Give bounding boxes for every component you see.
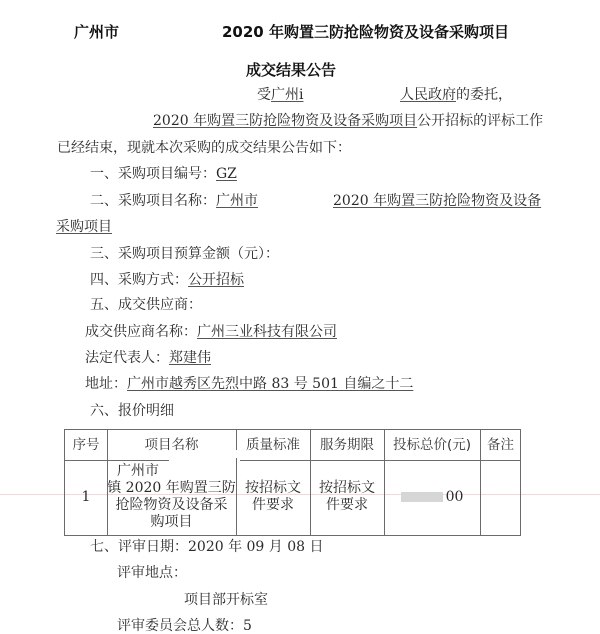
procurement-method-value: 公开招标 — [188, 272, 244, 288]
row-name-line: 购项目 — [107, 514, 236, 531]
row-name-line: 镇 2020 年购置三防 — [107, 480, 236, 497]
row-quality: 按招标文 件要求 — [236, 480, 310, 514]
section-project-number: 一、采购项目编号：GZ — [90, 167, 237, 181]
project-name-end: 采购项目 — [56, 220, 112, 234]
project-number-label: 一、采购项目编号： — [90, 166, 216, 182]
intro-line-1: 受广州i — [257, 88, 303, 102]
row-service: 按招标文 件要求 — [310, 480, 384, 514]
address-label: 地址： — [85, 376, 127, 392]
supplier-name-label: 成交供应商名称： — [85, 324, 197, 340]
row-project-name: 广州市 镇 2020 年购置三防 抢险物资及设备采 购项目 — [107, 463, 236, 531]
row-name-line: 抢险物资及设备采 — [107, 497, 236, 514]
section-procurement-method: 四、采购方式：公开招标 — [90, 273, 244, 287]
intro-entity-end: 人民政府 — [400, 87, 456, 103]
project-name-label: 二、采购项目名称： — [90, 193, 216, 209]
row-quality-line: 按招标文 — [236, 480, 310, 497]
header-divider — [65, 460, 107, 461]
section-budget: 三、采购项目预算金额（元）： — [90, 247, 279, 261]
quote-table: 序号 项目名称 质量标准 服务期限 投标总价(元) 备注 1 广州市 镇 202… — [64, 429, 521, 536]
intro-prefix: 受 — [257, 87, 271, 103]
section-quote-details: 六、报价明细 — [90, 404, 174, 418]
row-no: 1 — [65, 489, 107, 506]
project-name-start: 广州市 — [216, 193, 258, 209]
header-divider — [107, 460, 169, 461]
intro-project-name: 2020 年购置三防抢险物资及设备采购项目 — [153, 113, 417, 129]
legal-rep-label: 法定代表人： — [85, 350, 169, 366]
legal-rep-name: 郑建伟 — [169, 350, 211, 366]
row-name-line: 广州市 — [107, 463, 236, 480]
col-header-name: 项目名称 — [107, 437, 236, 454]
intro-suffix: 的委托， — [456, 87, 512, 103]
review-location-value: 项目部开标室 — [184, 593, 268, 607]
committee-count: 评审委员会总人数：5 — [117, 619, 252, 633]
section-review-date: 七、评审日期：2020 年 09 月 08 日 — [90, 540, 324, 554]
intro-line-1-end: 人民政府的委托， — [400, 88, 512, 102]
address-value: 广州市越秀区先烈中路 83 号 501 自编之十二 — [127, 376, 413, 392]
section-project-name: 二、采购项目名称：广州市 — [90, 194, 258, 208]
intro-line2-suffix: 公开招标的评标工作 — [417, 113, 543, 129]
redacted-block — [401, 492, 443, 502]
review-location-label: 评审地点： — [117, 566, 187, 580]
intro-line-2: 2020 年购置三防抢险物资及设备采购项目公开招标的评标工作 — [153, 114, 543, 128]
supplier-name-row: 成交供应商名称：广州三业科技有限公司 — [85, 325, 337, 339]
intro-line-3: 已经结束，现就本次采购的成交结果公告如下： — [57, 141, 351, 155]
project-name-mid: 2020 年购置三防抢险物资及设备 — [333, 194, 541, 208]
section-supplier: 五、成交供应商： — [90, 298, 202, 312]
intro-entity-start: 广州i — [271, 87, 303, 103]
row-price-visible: 00 — [446, 489, 464, 505]
row-price: 00 — [384, 489, 480, 506]
legal-rep-row: 法定代表人：郑建伟 — [85, 351, 211, 365]
row-service-line: 件要求 — [310, 497, 384, 514]
address-row: 地址：广州市越秀区先烈中路 83 号 501 自编之十二 — [85, 377, 413, 391]
col-header-quality: 质量标准 — [236, 437, 310, 454]
page-title: 成交结果公告 — [246, 63, 336, 78]
col-header-no: 序号 — [65, 437, 107, 454]
supplier-name: 广州三业科技有限公司 — [197, 324, 337, 340]
project-number-value: GZ — [216, 166, 237, 182]
procurement-method-label: 四、采购方式： — [90, 272, 188, 288]
col-header-service: 服务期限 — [310, 437, 384, 454]
header-city: 广州市 — [74, 25, 119, 40]
row-service-line: 按招标文 — [310, 480, 384, 497]
row-quality-line: 件要求 — [236, 497, 310, 514]
col-header-price: 投标总价(元) — [384, 437, 480, 454]
col-header-remark: 备注 — [480, 437, 521, 454]
header-divider — [240, 460, 520, 461]
header-project-title: 2020 年购置三防抢险物资及设备采购项目 — [222, 25, 509, 40]
